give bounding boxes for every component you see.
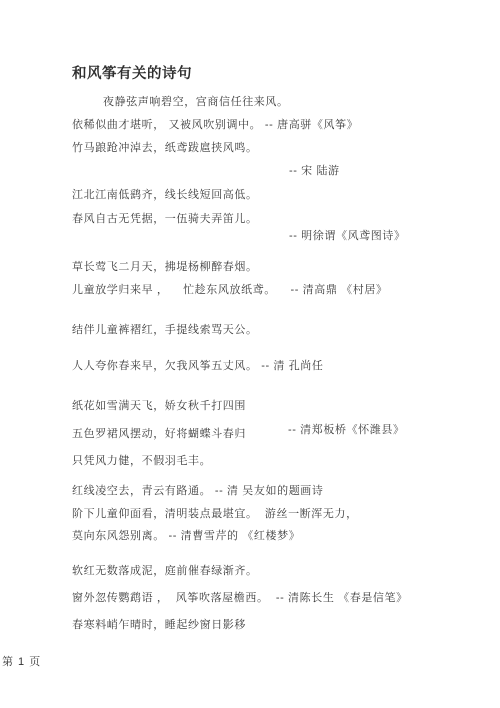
poem-line: 莫向东风怨别离。 -- 清曹雪芹的 《红楼梦》 [72, 529, 300, 543]
poem-line: 春风自古无凭据，一伍骑夫弄笛儿。 [72, 212, 258, 226]
poem-line: 人人夸你春来早，欠我风筝五丈风。 -- 清 孔尚任 [72, 359, 324, 373]
poem-line: 红线凌空去，青云有路通。 -- 清 吴友如的题画诗 [72, 484, 324, 498]
poem-line: 软红无数落成泥，庭前催春绿渐齐。 [72, 564, 258, 578]
page-title: 和风筝有关的诗句 [72, 62, 192, 83]
poem-line: 五色罗裙风摆动，好将蝴蝶斗春归 [72, 427, 246, 441]
poem-line: 竹马踉跄冲淖去，纸鸢跋扈挟风鸣。 [72, 141, 258, 155]
poem-line: 草长莺飞二月天，拂堤杨柳醉春烟。 [72, 260, 258, 274]
poem-line: 夜静弦声响碧空，宫商信任往来风。 [103, 95, 289, 109]
poem-line: 窗外忽传鹦鹉语 ， 风筝吹落屋檐西。 -- 清陈长生 《春是信笔》 [72, 591, 408, 605]
poem-line: 纸花如雪满天飞，娇女秋千打四围 [72, 399, 246, 413]
poem-line: 阶下儿童仰面看，清明装点最堪宜。 游丝一断浑无力， [72, 507, 358, 521]
poem-line: 春寒料峭乍晴时，睡起纱窗日影移 [72, 618, 246, 632]
attribution-line: -- 明徐谓《风鸢图诗》 [289, 229, 406, 243]
document-page: 和风筝有关的诗句 夜静弦声响碧空，宫商信任往来风。 依稀似曲才堪听， 又被风吹别… [0, 0, 500, 708]
page-number-label: 第 1 页 [2, 653, 41, 669]
poem-line: 江北江南低鹞齐，线长线短回高低。 [72, 188, 258, 202]
poem-line: 依稀似曲才堪听， 又被风吹别调中。 -- 唐高骈《风筝》 [72, 118, 358, 132]
attribution-line: -- 宋 陆游 [289, 164, 340, 178]
poem-line: 只凭风力健，不假羽毛丰。 [72, 454, 211, 468]
attribution-line: -- 清郑板桥《怀潍县》 [288, 423, 405, 437]
poem-line: 结伴儿童裤褶红，手提线索骂天公。 [72, 323, 258, 337]
poem-line: 儿童放学归来早 ， 忙趁东风放纸鸢。 -- 清高鼎 《村居》 [72, 283, 388, 297]
